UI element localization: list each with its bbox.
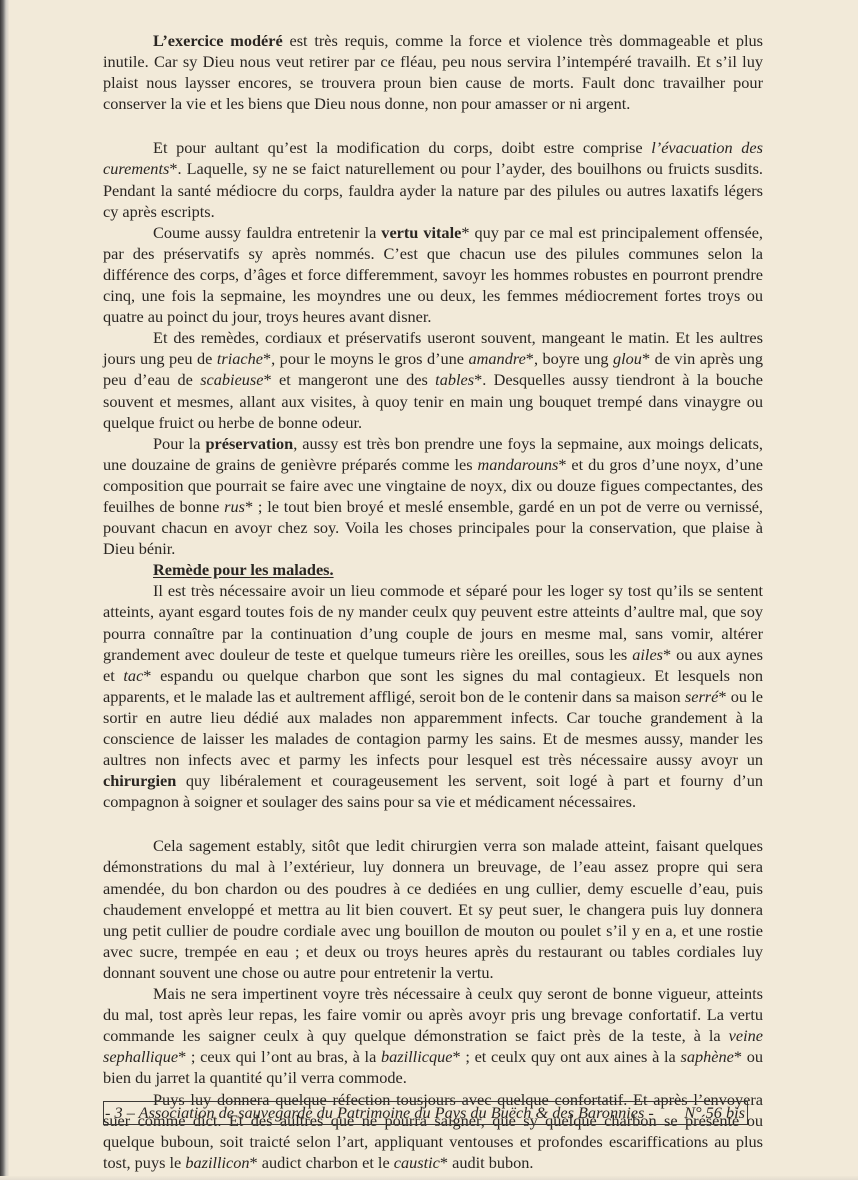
italic-term: tables (435, 370, 474, 389)
paragraph-vertu-vitale: Coume aussy fauldra entretenir la vertu … (103, 222, 763, 327)
text-run: Pour la (153, 434, 205, 453)
text-run: Mais ne sera impertinent voyre très néce… (103, 984, 763, 1045)
text-run: * audit bubon. (440, 1153, 534, 1172)
section-heading: Remède pour les malades. (103, 559, 763, 580)
text-run: * et mangeront une des (264, 370, 436, 389)
italic-term: amandre (469, 349, 526, 368)
italic-term: bazillicon (185, 1153, 249, 1172)
paragraph-lieu-commode: Il est très nécessaire avoir un lieu com… (103, 580, 763, 812)
bold-term: chirurgien (103, 771, 176, 790)
italic-term: rus (224, 497, 245, 516)
italic-term: serré (685, 687, 718, 706)
paragraph-modification: Et pour aultant qu’est la modification d… (103, 137, 763, 221)
italic-term: saphène (680, 1047, 733, 1066)
italic-term: mandarouns (478, 455, 559, 474)
scan-edge-shadow (0, 0, 9, 1180)
text-run: Et pour aultant qu’est la modification d… (153, 138, 651, 157)
paragraph-preservation: Pour la préservation, aussy est très bon… (103, 433, 763, 560)
page-footer: - 3 – Association de sauvegarde du Patri… (103, 1101, 748, 1125)
paragraph-exercice: L’exercice modéré est très requis, comme… (103, 30, 763, 114)
bold-term: préservation (205, 434, 293, 453)
section-heading-text: Remède pour les malades. (153, 560, 334, 579)
bold-term: L’exercice modéré (153, 31, 283, 50)
scan-bottom-edge (0, 1176, 858, 1180)
italic-term: glou (613, 349, 642, 368)
text-run: *. Laquelle, sy ne se faict naturellemen… (103, 159, 763, 220)
text-run: Coume aussy fauldra entretenir la (153, 223, 381, 242)
text-run: * audict charbon et le (250, 1153, 394, 1172)
text-run: * ; ceux qui l’ont au bras, à la (178, 1047, 381, 1066)
text-run: *, boyre ung (526, 349, 613, 368)
italic-term: ailes (632, 645, 663, 664)
footer-text: - 3 – Association de sauvegarde du Patri… (105, 1103, 654, 1122)
italic-term: bazillicque (381, 1047, 452, 1066)
paragraph-sagement: Cela sagement estably, sitôt que ledit c… (103, 835, 763, 983)
text-run: *, pour le moyns le gros d’une (263, 349, 469, 368)
italic-term: scabieuse (200, 370, 263, 389)
issue-number: N° 56 bis (684, 1102, 745, 1124)
italic-term: tac (123, 666, 143, 685)
document-page: L’exercice modéré est très requis, comme… (103, 30, 763, 1173)
paragraph-impertinent: Mais ne sera impertinent voyre très néce… (103, 983, 763, 1088)
italic-term: caustic (394, 1153, 440, 1172)
text-run: quy libéralement et courageusement les s… (103, 771, 763, 811)
text-run: Cela sagement estably, sitôt que ledit c… (103, 836, 763, 982)
italic-term: triache (217, 349, 263, 368)
text-run: * ; et ceulx quy ont aux aines à la (452, 1047, 680, 1066)
paragraph-remedes: Et des remèdes, cordiaux et préservatifs… (103, 327, 763, 432)
text-run: * espandu ou quelque charbon que sont le… (103, 666, 763, 706)
bold-term: vertu vitale (381, 223, 461, 242)
